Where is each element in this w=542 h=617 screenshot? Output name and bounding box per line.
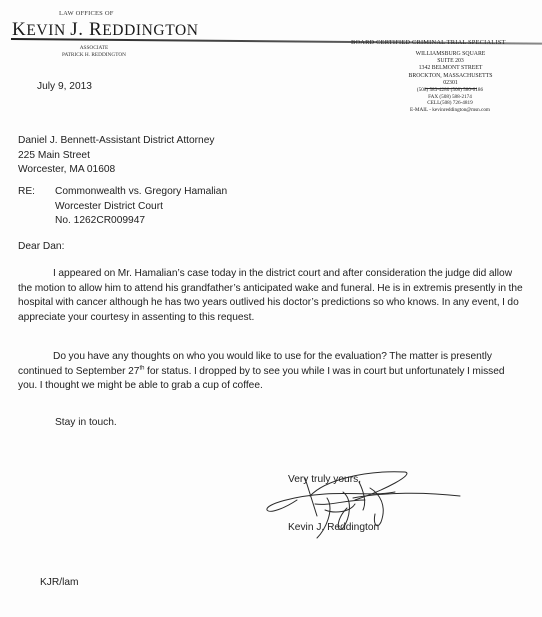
addressee-block: Daniel J. Bennett-Assistant District Att… <box>18 134 214 178</box>
letter-date: July 9, 2013 <box>37 80 92 95</box>
closing-line: Stay in touch. <box>55 416 117 431</box>
court-name: Worcester District Court <box>55 200 227 215</box>
associate-block: ASSOCIATE PATRICK H. REDDINGTON <box>44 45 144 59</box>
associate-name: PATRICK H. REDDINGTON <box>44 52 144 59</box>
specialist-title: BOARD CERTIFIED CRIMINAL TRIAL SPECIALIS… <box>351 39 506 46</box>
docket-number: No. 1262CR009947 <box>55 214 227 229</box>
cell-number: CELL(508) 726-4819 <box>370 100 530 107</box>
body-paragraph-1: I appeared on Mr. Hamalian’s case today … <box>18 267 523 325</box>
typist-initials: KJR/lam <box>40 576 79 591</box>
law-offices-label: LAW OFFICES OF <box>59 10 114 17</box>
valediction: Very truly yours, <box>288 473 361 488</box>
office-address: WILLIAMSBURG SQUARE SUITE 203 1342 BELMO… <box>383 51 518 91</box>
contact-info: (508) 583-4280 (508) 580-6186 FAX (508) … <box>370 87 530 113</box>
associate-title: ASSOCIATE <box>44 45 144 52</box>
addressee-name: Daniel J. Bennett-Assistant District Att… <box>18 134 214 149</box>
addressee-street: 225 Main Street <box>18 149 214 164</box>
email-address: E-MAIL - kevinreddington@msn.com <box>370 107 530 114</box>
re-block: Commonwealth vs. Gregory Hamalian Worces… <box>55 185 227 229</box>
body-paragraph-2: Do you have any thoughts on who you woul… <box>18 350 523 394</box>
re-label: RE: <box>18 185 35 200</box>
addressee-city: Worcester, MA 01608 <box>18 163 214 178</box>
signer-name: Kevin J. Reddington <box>288 521 379 536</box>
phone-numbers: (508) 583-4280 (508) 580-6186 <box>370 87 530 94</box>
letter-page: LAW OFFICES OF KEVIN J. REDDINGTON ASSOC… <box>0 0 542 617</box>
salutation: Dear Dan: <box>18 240 64 255</box>
case-name: Commonwealth vs. Gregory Hamalian <box>55 185 227 200</box>
